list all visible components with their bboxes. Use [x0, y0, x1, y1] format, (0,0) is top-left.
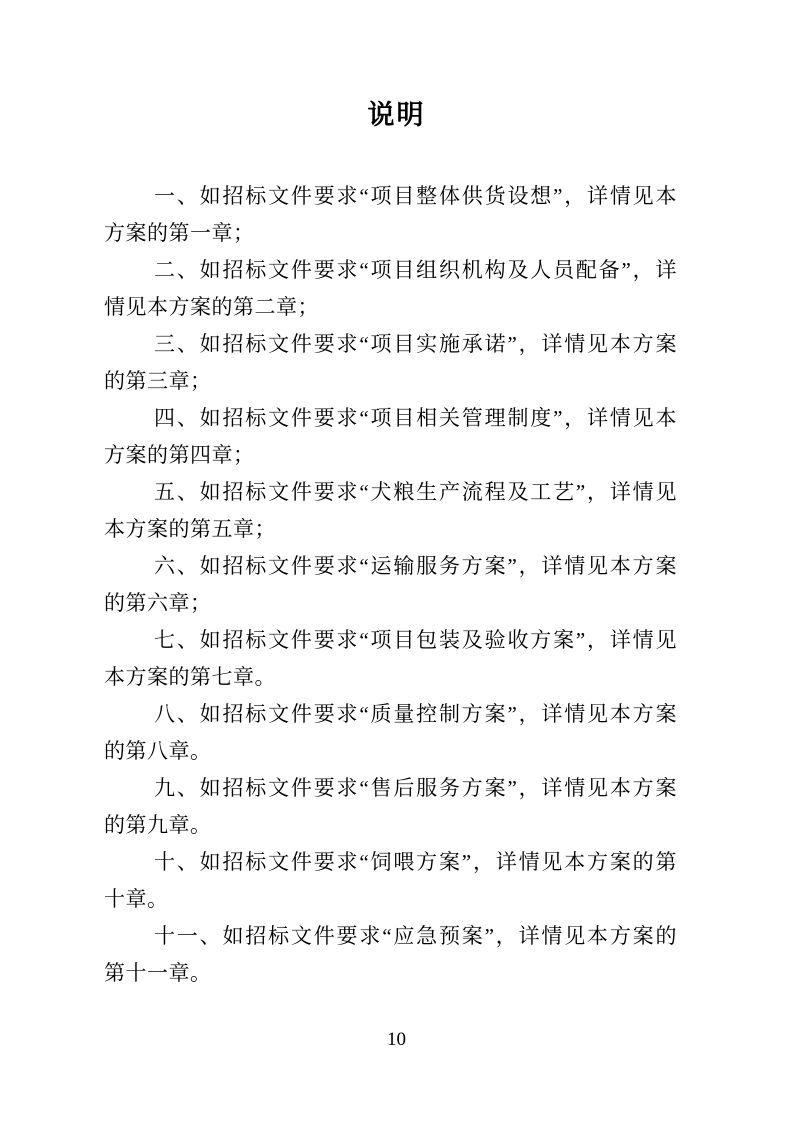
text-line: 九、如招标文件要求“售后服务方案”，详情见本方案 — [104, 770, 677, 807]
text-line: 六、如招标文件要求“运输服务方案”，详情见本方案 — [104, 548, 677, 585]
paragraph-3: 三、如招标文件要求“项目实施承诺”，详情见本方案 的第三章； — [104, 326, 677, 400]
text-line: 第十一章。 — [104, 955, 677, 992]
text-line: 四、如招标文件要求“项目相关管理制度”，详情见本 — [104, 400, 677, 437]
text-line: 的第八章。 — [104, 733, 677, 770]
text-line: 情见本方案的第二章； — [104, 289, 677, 326]
text-line: 方案的第一章； — [104, 215, 677, 252]
text-line: 本方案的第七章。 — [104, 659, 677, 696]
paragraph-9: 九、如招标文件要求“售后服务方案”，详情见本方案 的第九章。 — [104, 770, 677, 844]
text-line: 十、如招标文件要求“饲喂方案”，详情见本方案的第 — [104, 844, 677, 881]
page-title: 说明 — [0, 0, 793, 133]
text-line: 一、如招标文件要求“项目整体供货设想”，详情见本 — [104, 178, 677, 215]
text-line: 方案的第四章； — [104, 437, 677, 474]
paragraph-6: 六、如招标文件要求“运输服务方案”，详情见本方案 的第六章； — [104, 548, 677, 622]
text-line: 的第九章。 — [104, 807, 677, 844]
paragraph-7: 七、如招标文件要求“项目包装及验收方案”，详情见 本方案的第七章。 — [104, 622, 677, 696]
page-number: 10 — [0, 1029, 793, 1051]
paragraph-5: 五、如招标文件要求“犬粮生产流程及工艺”，详情见 本方案的第五章； — [104, 474, 677, 548]
paragraph-2: 二、如招标文件要求“项目组织机构及人员配备”，详 情见本方案的第二章； — [104, 252, 677, 326]
text-line: 本方案的第五章； — [104, 511, 677, 548]
text-line: 七、如招标文件要求“项目包装及验收方案”，详情见 — [104, 622, 677, 659]
paragraph-1: 一、如招标文件要求“项目整体供货设想”，详情见本 方案的第一章； — [104, 178, 677, 252]
text-line: 三、如招标文件要求“项目实施承诺”，详情见本方案 — [104, 326, 677, 363]
text-line: 十章。 — [104, 881, 677, 918]
paragraph-10: 十、如招标文件要求“饲喂方案”，详情见本方案的第 十章。 — [104, 844, 677, 918]
document-body: 一、如招标文件要求“项目整体供货设想”，详情见本 方案的第一章； 二、如招标文件… — [104, 178, 677, 992]
paragraph-8: 八、如招标文件要求“质量控制方案”，详情见本方案 的第八章。 — [104, 696, 677, 770]
text-line: 五、如招标文件要求“犬粮生产流程及工艺”，详情见 — [104, 474, 677, 511]
paragraph-11: 十一、如招标文件要求“应急预案”，详情见本方案的 第十一章。 — [104, 918, 677, 992]
text-line: 的第六章； — [104, 585, 677, 622]
text-line: 二、如招标文件要求“项目组织机构及人员配备”，详 — [104, 252, 677, 289]
text-line: 八、如招标文件要求“质量控制方案”，详情见本方案 — [104, 696, 677, 733]
paragraph-4: 四、如招标文件要求“项目相关管理制度”，详情见本 方案的第四章； — [104, 400, 677, 474]
text-line: 的第三章； — [104, 363, 677, 400]
text-line: 十一、如招标文件要求“应急预案”，详情见本方案的 — [104, 918, 677, 955]
document-page: 说明 一、如招标文件要求“项目整体供货设想”，详情见本 方案的第一章； 二、如招… — [0, 0, 793, 1122]
